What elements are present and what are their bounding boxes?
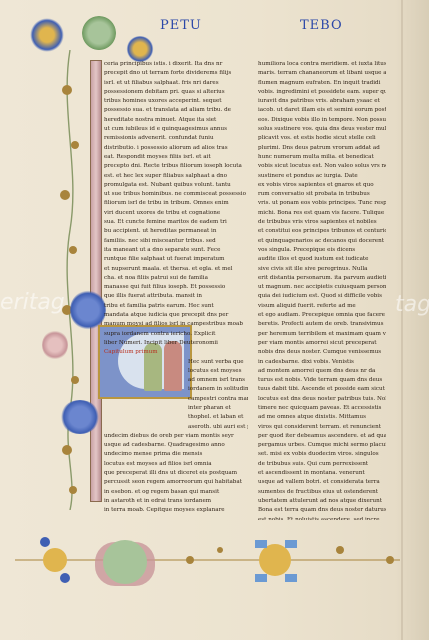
- text-line: ex vobis viros sapientes et gnaros et qu…: [258, 181, 386, 190]
- text-line: undecim diebus de oreb per viam montis s…: [104, 432, 248, 441]
- text-line: ad montem amorrei quem dns deus nr da: [258, 367, 386, 376]
- text-line: hunc numerum multa milia. et benedicat: [258, 153, 386, 162]
- text-column-right: humiliora loca contra meridiem. et iuxta…: [258, 60, 386, 520]
- text-line: ad me omnes atque dixistis. Mittamus: [258, 413, 386, 422]
- text-line: aseroth. ubi auri est plurimum: [104, 423, 248, 432]
- text-line: distributio. i possessio aliorum ad alio…: [104, 144, 248, 153]
- text-line: promulgata est. Nubant quibus volunt. ta…: [104, 181, 248, 190]
- margin-blue-acanthus-2: [60, 400, 100, 434]
- watermark-left: eritag: [0, 290, 65, 315]
- margin-rose-flower: [42, 330, 68, 360]
- text-line: tribu et familia patris earum. Hec sunt: [104, 302, 248, 311]
- text-line: de tribubus suis. Qui cum perrexissent: [258, 460, 386, 469]
- text-line: mandata atque iudicia que precepit dns p…: [104, 311, 248, 320]
- text-line: iuravit dns patribus vris. abraham ysaac…: [258, 97, 386, 106]
- text-line: thophel. et laban et: [104, 413, 248, 422]
- text-line: manum moysi ad filios isrl in campestrib…: [104, 320, 248, 329]
- top-flourish-gold-flower: [30, 18, 64, 52]
- text-line: locutus est dns deus noster patribus tui…: [258, 395, 386, 404]
- text-line: sua. Et cuncte femine maritos de eadem t…: [104, 218, 248, 227]
- text-line: audite illos et quod iustum est iudicate: [258, 255, 386, 264]
- running-head-left: PETU: [160, 18, 202, 33]
- text-line: ut sue tribus hominibus. ne commisceat p…: [104, 190, 248, 199]
- text-line: sustinere et pondus ac iurgia. Date: [258, 172, 386, 181]
- text-line: michi. Bona res est quam vis facere. Tul…: [258, 209, 386, 218]
- text-line: ubertatem attulerunt ad nos atque dixeru…: [258, 497, 386, 506]
- text-line: flumen magnum eufraten. En inquit tradid…: [258, 79, 386, 88]
- text-line: usque ad cadesbarne. Quadragesimo anno: [104, 441, 248, 450]
- text-line: eat. Respondit moyses filiis isrl. et ai…: [104, 153, 248, 162]
- text-line: que preceperat illi dns ut diceret eis p…: [104, 469, 248, 478]
- text-line: solus sustinere vos. quia dns deus veste…: [258, 125, 386, 134]
- text-line: nobis dns deus noster. Cumque venissemus: [258, 348, 386, 357]
- text-line: isrl. et ut filiabus salphaat. fris nri …: [104, 79, 248, 88]
- top-flourish-gold-flower-2: [126, 36, 154, 62]
- text-line: familiis. nec sibi misceantur tribus. se…: [104, 237, 248, 246]
- text-line: locutus est moyses ad filios isrl omnia: [104, 460, 248, 469]
- text-line: humiliora loca contra meridiem. et iuxta…: [258, 60, 386, 69]
- text-line: manasse qui fuit filius ioseph. Et posse…: [104, 283, 248, 292]
- text-line: Hec sunt verba que: [104, 358, 248, 367]
- running-head-right-text: TEBO: [300, 18, 343, 33]
- text-line: set. misi ex vobis duodecim viros. singu…: [258, 450, 386, 459]
- text-line: ad omnem isrl trans: [104, 376, 248, 385]
- text-line: inter pharan et: [104, 404, 248, 413]
- text-line: tribus homines uxores acceperint. sequet: [104, 97, 248, 106]
- text-line: plurimi. Dns deus patrum vrorum addat ad: [258, 144, 386, 153]
- text-line: hereditate nostra minuet. Atque ita siet: [104, 116, 248, 125]
- text-line: et ascendissent in montana. venerunt: [258, 469, 386, 478]
- text-line: viros qui considerent terram. et renunci…: [258, 423, 386, 432]
- text-line: cha. et noa filiis patrui sui de familia: [104, 274, 248, 283]
- text-line: quia dei iudicium est. Quod si difficile…: [258, 292, 386, 301]
- text-line: eos. Dixique vobis illo in tempore. Non …: [258, 116, 386, 125]
- text-line: possessio sua. et translata ad aliam tri…: [104, 106, 248, 115]
- text-line: iacob. ut daret illam eis et semini eoru…: [258, 106, 386, 115]
- text-line: iordanem in solitudine: [104, 385, 248, 394]
- text-line: sive civis sit ille sive peregrinus. Nul…: [258, 265, 386, 274]
- text-line: usque ad vallem botri. et considerata te…: [258, 478, 386, 487]
- text-line: visum aliquid fuerit. referte ad me: [258, 302, 386, 311]
- running-head-left-text: PETU: [160, 18, 202, 33]
- text-line: vobis. ingredimini et possidete eam. sup…: [258, 88, 386, 97]
- text-line: in esebon. et og regem basan qui mansit: [104, 488, 248, 497]
- text-line: liber Numeri. Incipit liber Deuteronomii: [104, 339, 248, 348]
- text-line: rum conversatio sit probata in tribubus: [258, 190, 386, 199]
- vertical-border-bar: [90, 60, 102, 502]
- text-line: Capitulum primum: [104, 348, 248, 357]
- text-line: et constitui eos principes tribunos et c…: [258, 227, 386, 236]
- text-line: viri ducent uxores de tribu et cognation…: [104, 209, 248, 218]
- text-line: maris. terram chananeorum et libani usqu…: [258, 69, 386, 78]
- text-line: possessionem debitam pri. quas si alteri…: [104, 88, 248, 97]
- top-flourish-green-medallion: [82, 16, 116, 50]
- margin-blue-acanthus: [70, 290, 106, 330]
- text-line: per viam montis amorrei sicut preceperat: [258, 339, 386, 348]
- text-line: turus est nobis. Vide terram quam dns de…: [258, 376, 386, 385]
- text-line: vris. ut ponam eos vobis principes. Tunc…: [258, 199, 386, 208]
- text-line: per heremum terribilem et maximam quam v…: [258, 330, 386, 339]
- text-line: que illis fuerat attributa. mansit in: [104, 292, 248, 301]
- bottom-floral-border: [10, 520, 410, 600]
- manuscript-page: PETU TEBO ceria principibus istis. i dix…: [0, 0, 429, 640]
- floral-vine-border: [55, 50, 85, 510]
- text-line: runtque filie salphaat ut fuerat imperat…: [104, 255, 248, 264]
- text-line: plicavit vos. et estis hodie sicut stell…: [258, 134, 386, 143]
- text-line: locutus est moyses: [104, 367, 248, 376]
- text-line: timere nec quicquam paveas. Et accessist…: [258, 404, 386, 413]
- text-line: campestri contra mare rubrum: [104, 395, 248, 404]
- text-line: ut cum iubileus id e quinquagesimus annu…: [104, 125, 248, 134]
- text-line: vos singula. Precepique eis dicens: [258, 246, 386, 255]
- text-line: ita maneant ut a dno separate sunt. Fece: [104, 246, 248, 255]
- text-line: de tribubus vris viros sapientes et nobi…: [258, 218, 386, 227]
- text-line: Bona est terra quam dns deus noster datu…: [258, 506, 386, 515]
- text-line: et ego audiam. Precepique omnia que face…: [258, 311, 386, 320]
- text-line: precepit dno ut terram forte dividerems …: [104, 69, 248, 78]
- text-line: vobis sicut locutus est. Non valeo solus…: [258, 162, 386, 171]
- text-line: filiorum isrl de tribu in tribum. Omnes …: [104, 199, 248, 208]
- watermark-right: tag: [395, 292, 429, 317]
- text-line: est. et hec lex super filiabus salphaat …: [104, 172, 248, 181]
- text-line: ut magnum. nec accipietis cuiusquam pers…: [258, 283, 386, 292]
- text-line: remissionis advenerit. confundat funiu: [104, 134, 248, 143]
- text-line: percussit seon regem amorreorum qui habi…: [104, 478, 248, 487]
- text-line: sumentes de fructibus eius ut ostenderen…: [258, 488, 386, 497]
- text-line: per quod iter debeamus ascendere. et ad …: [258, 432, 386, 441]
- text-line: pergamus urbes. Cumque michi sermo placu…: [258, 441, 386, 450]
- text-line: in terra moab. Cepitque moyses explanare: [104, 506, 248, 515]
- text-column-left: ceria principibus istis. i dixerit. Ita …: [104, 60, 248, 515]
- text-line: beretis. Profecti autem de oreb. transiv…: [258, 320, 386, 329]
- text-line: tuus dabit tibi. Ascende et posside eam …: [258, 385, 386, 394]
- text-line: bu accipient. ut hereditas permaneat in: [104, 227, 248, 236]
- text-line: erit distantia personarum. ita parvum au…: [258, 274, 386, 283]
- text-line: precepto dni. Recte tribus filiorum iose…: [104, 162, 248, 171]
- running-head-right: TEBO: [300, 18, 343, 33]
- text-line: in astaroth et in edrai trans iordanem: [104, 497, 248, 506]
- text-line: et quinquagenarios ac decanos qui docere…: [258, 237, 386, 246]
- text-line: in cadesbarne. dixi vobis. Venistis: [258, 358, 386, 367]
- text-line: et nupserunt maala. et thersa. et egla. …: [104, 265, 248, 274]
- text-line: ceria principibus istis. i dixerit. Ita …: [104, 60, 248, 69]
- text-line: supra iordanem contra iericho. Explicit: [104, 330, 248, 339]
- text-line: undecimo mense prima die mensis: [104, 450, 248, 459]
